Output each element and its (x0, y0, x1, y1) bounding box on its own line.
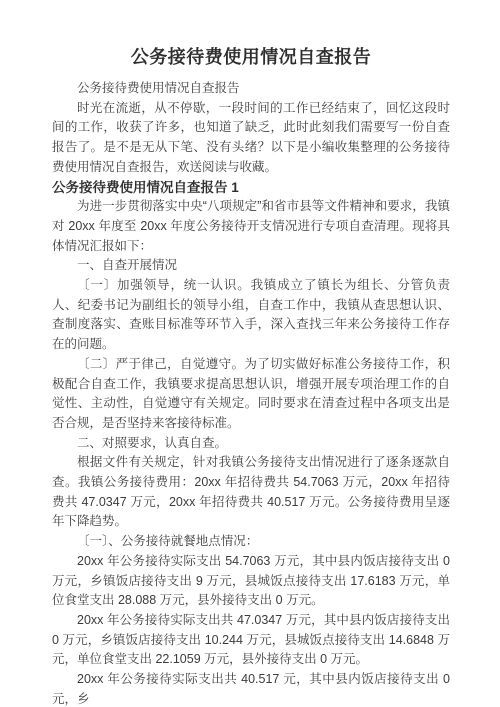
paragraph-leadership: 〔一〕加强领导，统一认识。我镇成立了镇长为组长、分管负责人、纪委书记为副组长的领… (52, 276, 450, 355)
heading-self-check-overview: 一、自查开展情况 (52, 256, 450, 276)
intro-paragraph: 时光在流逝，从不停歇，一段时间的工作已经结束了，回忆这段时间的工作，收获了许多，… (52, 99, 450, 178)
heading-comparison-check: 二、对照要求，认真自查。 (52, 434, 450, 454)
document-subtitle: 公务接待费使用情况自查报告 (52, 79, 450, 99)
paragraph-year2-breakdown: 20xx 年公务接待实际支出共 47.0347 万元，其中县内饭店接待支出 0 … (52, 611, 450, 670)
section-heading-report-1: 公务接待费使用情况自查报告 1 (52, 178, 450, 198)
paragraph-purpose: 为进一步贯彻落实中央“八项规定”和省市县等文件精神和要求，我镇对 20xx 年度… (52, 197, 450, 256)
heading-dining-locations: 〔一〕、公务接待就餐地点情况： (52, 532, 450, 552)
document-title: 公务接待费使用情况自查报告 (52, 44, 450, 70)
paragraph-year3-breakdown-truncated: 20xx 年公务接待实际支出共 40.517 元，其中县内饭店接待支出 0 元，… (52, 670, 450, 707)
document-page: 公务接待费使用情况自查报告 公务接待费使用情况自查报告 时光在流逝，从不停歇，一… (0, 0, 500, 707)
paragraph-self-discipline: 〔二〕严于律己，自觉遵守。为了切实做好标准公务接待工作，积极配合自查工作，我镇要… (52, 355, 450, 434)
paragraph-year1-breakdown: 20xx 年公务接待实际支出 54.7063 万元，其中县内饭店接待支出 0 万… (52, 552, 450, 611)
paragraph-yearly-totals: 根据文件有关规定，针对我镇公务接待支出情况进行了逐条逐款自查。我镇公务接待费用：… (52, 453, 450, 532)
